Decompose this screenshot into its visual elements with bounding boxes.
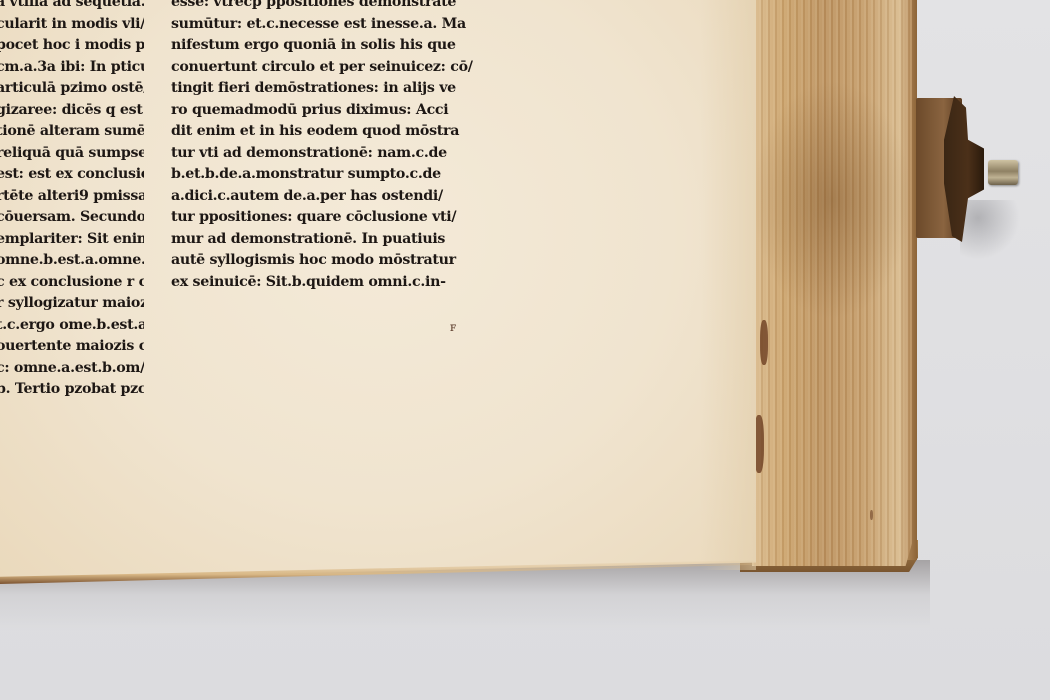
text-line: rtēte alteri9 pmissarū bbox=[0, 186, 144, 208]
text-line: r syllogizatur maioz: bbox=[0, 293, 144, 315]
text-line: ouertente maiozis cir bbox=[0, 336, 144, 358]
text-line: ro quemadmodū prius diximus: Acci bbox=[171, 100, 493, 122]
text-line: sumūtur: et.c.necesse est inesse.a. Ma bbox=[171, 14, 493, 36]
left-text-column: a vtilia ad sequetia. cularit in modis v… bbox=[0, 0, 144, 401]
text-line: nifestum ergo quoniā in solis his que bbox=[171, 35, 493, 57]
text-line: tur ppositiones: quare cōclusione vti/ bbox=[171, 207, 493, 229]
text-line: tionē alteram sumē/ bbox=[0, 121, 144, 143]
text-line: a.dici.c.autem de.a.per has ostendi/ bbox=[171, 186, 493, 208]
text-line: mur ad demonstrationē. In puatiuis bbox=[171, 229, 493, 251]
text-line: autē syllogismis hoc modo mōstratur bbox=[171, 250, 493, 272]
clasp-metal-hook-icon bbox=[988, 160, 1018, 185]
page-gutter-shade bbox=[700, 0, 756, 570]
fore-edge-stain bbox=[870, 510, 873, 520]
fore-edge-stain bbox=[760, 320, 768, 365]
text-line: a vtilia ad sequetia. bbox=[0, 0, 144, 14]
text-line: emplariter: Sit enim bbox=[0, 229, 144, 251]
clasp-shadow bbox=[960, 200, 1020, 260]
text-line: articulā pzimo ostē/ bbox=[0, 78, 144, 100]
text-line: t.c.ergo ome.b.est.a. bbox=[0, 315, 144, 337]
text-line: cm.a.3a ibi: In pticu bbox=[0, 57, 144, 79]
text-line: b. Tertio pzobat pzc bbox=[0, 379, 144, 401]
text-line: pocet hoc i modis p/ bbox=[0, 35, 144, 57]
text-line: esse: vtrecp ppositiones demonstrate bbox=[171, 0, 493, 14]
text-line: omne.b.est.a.omne.c. bbox=[0, 250, 144, 272]
text-line: dit enim et in his eodem quod mōstra bbox=[171, 121, 493, 143]
text-line: tur vti ad demonstrationē: nam.c.de bbox=[171, 143, 493, 165]
right-text-column: esse: vtrecp ppositiones demonstrate sum… bbox=[171, 0, 493, 293]
text-line: tingit fieri demōstrationes: in alijs ve bbox=[171, 78, 493, 100]
text-line: conuertunt circulo et per seinuicez: cō/ bbox=[171, 57, 493, 79]
text-line: reliquā quā sumpse/ bbox=[0, 143, 144, 165]
text-line: c ex conclusione r cō bbox=[0, 272, 144, 294]
text-line: cōuersam. Secundo bbox=[0, 207, 144, 229]
text-line: ex seinuicē: Sit.b.quidem omni.c.in- bbox=[171, 272, 493, 294]
text-line: b.et.b.de.a.monstratur sumpto.c.de bbox=[171, 164, 493, 186]
text-line: cularit in modis vli/ bbox=[0, 14, 144, 36]
text-line: gizaree: dicēs q est p bbox=[0, 100, 144, 122]
margin-mark: ꜰ bbox=[450, 322, 464, 332]
text-line: est: est ex conclusione bbox=[0, 164, 144, 186]
page-block-fore-edge bbox=[752, 0, 912, 566]
text-line: c: omne.a.est.b.om/ bbox=[0, 358, 144, 380]
book-photo-scene: a vtilia ad sequetia. cularit in modis v… bbox=[0, 0, 1050, 700]
